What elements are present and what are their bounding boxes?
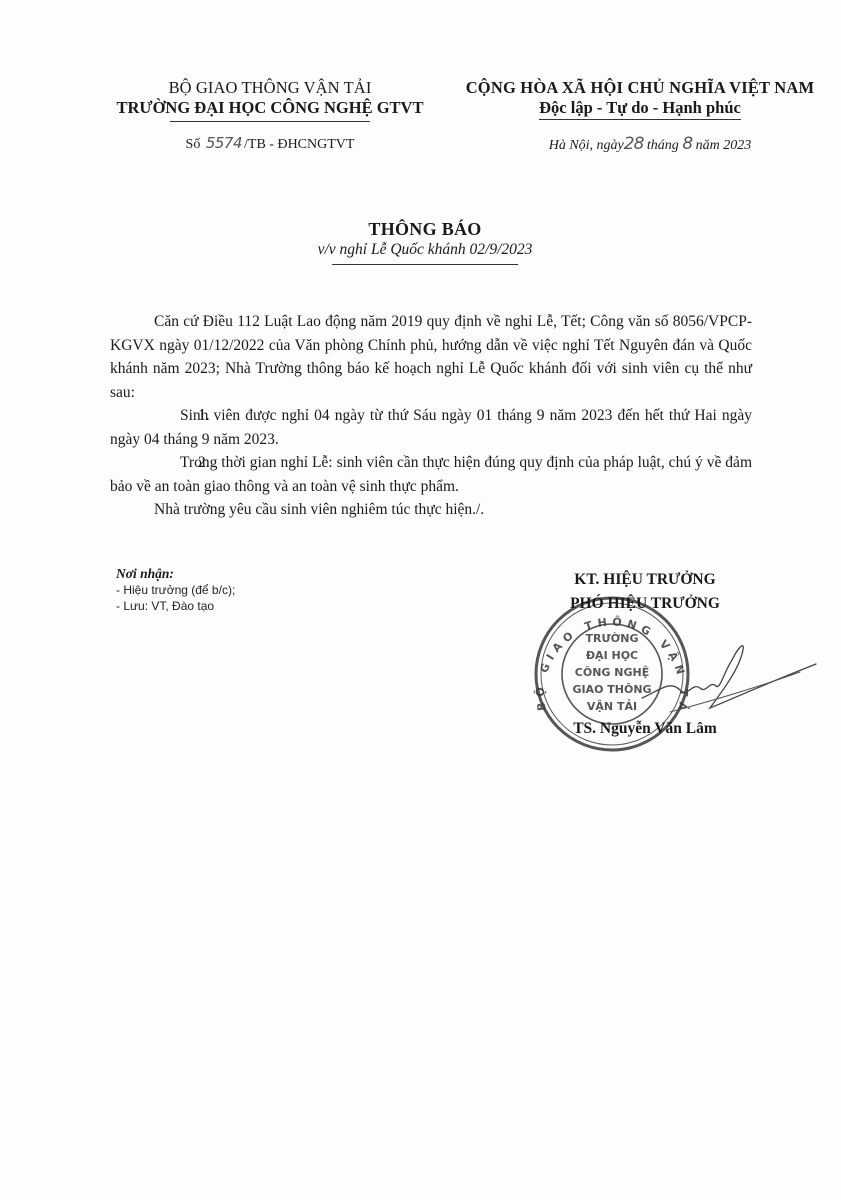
document-number: Số 5574/TB - ĐHCNGTVT — [100, 134, 440, 153]
signature-line-2: PHÓ HIỆU TRƯỞNG — [520, 592, 770, 616]
item-number: 1. — [154, 404, 180, 428]
stamp-line: TRƯỜNG — [585, 632, 638, 645]
closing-paragraph: Nhà trường yêu cầu sinh viên nghiêm túc … — [110, 498, 752, 522]
doc-number-prefix: Số — [186, 137, 201, 152]
recipient-item: - Hiệu trưởng (để b/c); — [116, 582, 366, 598]
doc-number-suffix: /TB - ĐHCNGTVT — [244, 137, 354, 152]
month-handwritten: 8 — [682, 134, 692, 154]
intro-paragraph: Căn cứ Điều 112 Luật Lao động năm 2019 q… — [110, 310, 752, 404]
signature-line-1: KT. HIỆU TRƯỞNG — [520, 568, 770, 592]
list-item: 2.Trong thời gian nghỉ Lễ: sinh viên cần… — [110, 451, 752, 498]
signer-name: TS. Nguyễn Văn Lâm — [520, 720, 770, 738]
doc-number-handwritten: 5574 — [206, 134, 242, 152]
stamp-line: CÔNG NGHỆ — [575, 666, 649, 679]
document-title-block: THÔNG BÁO v/v nghỉ Lễ Quốc khánh 02/9/20… — [100, 218, 750, 265]
school-name: TRƯỜNG ĐẠI HỌC CÔNG NGHỆ GTVT — [100, 98, 440, 118]
month-label: tháng — [647, 138, 679, 153]
item-text: Trong thời gian nghỉ Lễ: sinh viên cần t… — [110, 454, 752, 495]
place-prefix: Hà Nội, ngày — [549, 138, 624, 153]
list-item: 1.Sinh viên được nghỉ 04 ngày từ thứ Sáu… — [110, 404, 752, 451]
recipient-item: - Lưu: VT, Đào tạo — [116, 598, 366, 614]
document-page: BỘ GIAO THÔNG VẬN TẢI TRƯỜNG ĐẠI HỌC CÔN… — [0, 0, 841, 1200]
place-date: Hà Nội, ngày28 tháng 8 năm 2023 — [440, 134, 840, 154]
handwritten-signature-icon — [640, 620, 820, 730]
document-body: Căn cứ Điều 112 Luật Lao động năm 2019 q… — [110, 310, 752, 522]
item-number: 2. — [154, 451, 180, 475]
signature-title-block: KT. HIỆU TRƯỞNG PHÓ HIỆU TRƯỞNG — [520, 568, 770, 616]
ministry-name: BỘ GIAO THÔNG VẬN TẢI — [100, 78, 440, 98]
year-label: năm 2023 — [696, 138, 752, 153]
issuer-header: BỘ GIAO THÔNG VẬN TẢI TRƯỜNG ĐẠI HỌC CÔN… — [100, 78, 440, 153]
stamp-line: VẬN TẢI — [587, 699, 637, 713]
title-divider — [332, 264, 518, 265]
header-divider — [170, 121, 370, 122]
day-handwritten: 28 — [624, 134, 644, 154]
document-subject: v/v nghỉ Lễ Quốc khánh 02/9/2023 — [100, 240, 750, 260]
recipients-block: Nơi nhận: - Hiệu trưởng (để b/c); - Lưu:… — [116, 566, 366, 614]
nation-name: CỘNG HÒA XÃ HỘI CHỦ NGHĨA VIỆT NAM — [440, 78, 840, 98]
national-motto: Độc lập - Tự do - Hạnh phúc — [539, 98, 741, 120]
recipients-title: Nơi nhận: — [116, 566, 366, 582]
item-text: Sinh viên được nghỉ 04 ngày từ thứ Sáu n… — [110, 407, 752, 448]
document-title: THÔNG BÁO — [100, 218, 750, 240]
stamp-line: ĐẠI HỌC — [586, 649, 638, 662]
national-header: CỘNG HÒA XÃ HỘI CHỦ NGHĨA VIỆT NAM Độc l… — [440, 78, 840, 154]
